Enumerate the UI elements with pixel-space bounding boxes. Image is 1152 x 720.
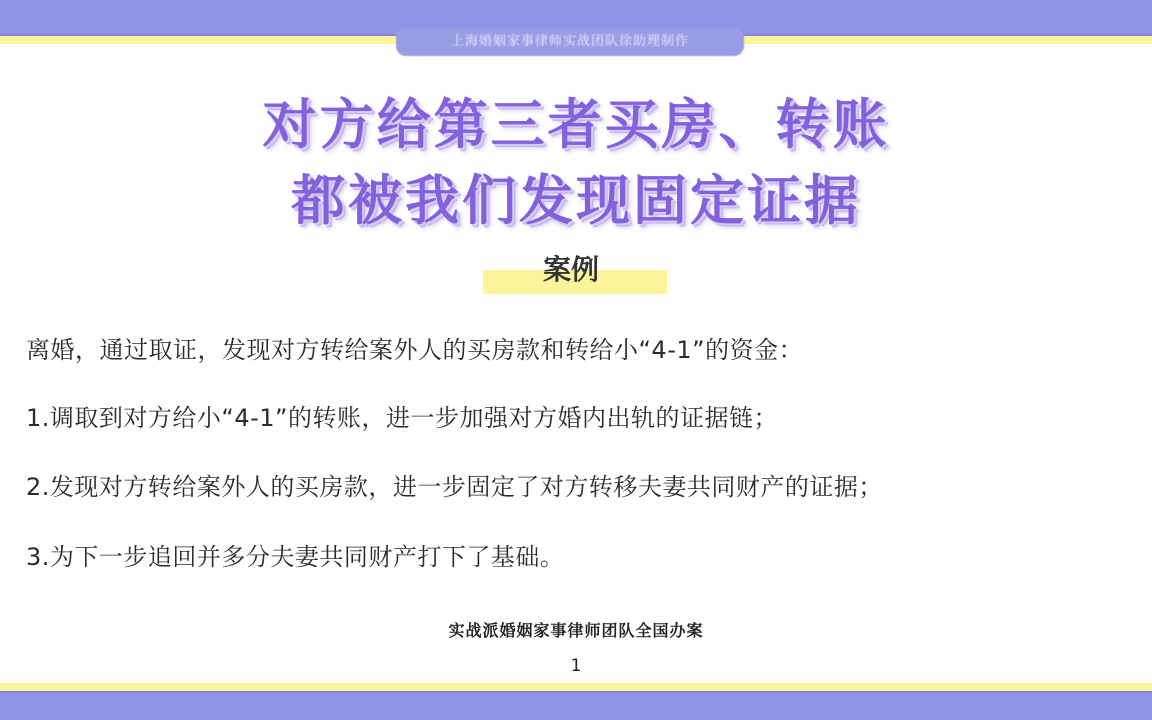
page-number: 1 [0, 656, 1152, 676]
intro-paragraph: 离婚，通过取证，发现对方转给案外人的买房款和转给小“4-1”的资金： [26, 330, 803, 365]
page-title-line-1: 对方给第三者买房、转账 [0, 82, 1152, 159]
bottom-accent-stripe [0, 683, 1152, 691]
list-item: 2.发现对方转给案外人的买房款，进一步固定了对方转移夫妻共同财产的证据； [26, 467, 883, 502]
list-item: 1.调取到对方给小“4-1”的转账，进一步加强对方婚内出轨的证据链； [26, 398, 778, 433]
section-heading-label: 案例 [483, 248, 667, 292]
bottom-banner [0, 691, 1152, 720]
section-heading: 案例 [483, 248, 667, 296]
list-item: 3.为下一步追回并多分夫妻共同财产打下了基础。 [26, 537, 564, 572]
footer-slogan: 实战派婚姻家事律师团队全国办案 [0, 618, 1152, 641]
credit-badge: 上海婚姻家事律师实战团队徐助理制作 [396, 28, 744, 56]
page-title-line-2: 都被我们发现固定证据 [0, 158, 1152, 235]
